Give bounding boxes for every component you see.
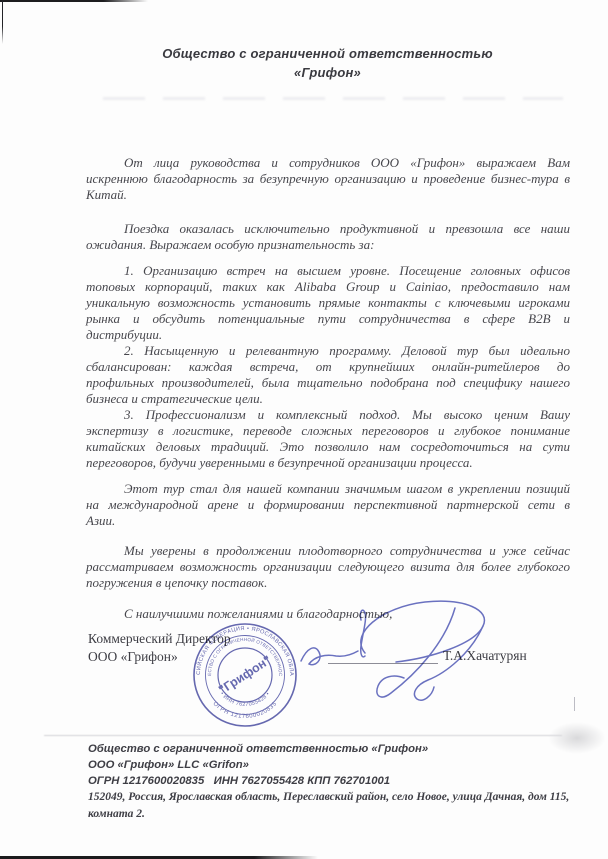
- text-line: профильных производителей, была тщательн…: [86, 375, 570, 391]
- scanned-letter-page: Общество с ограниченной ответственностью…: [0, 0, 608, 859]
- text-line: 2. Насыщенную и релевантную программу. Д…: [86, 343, 570, 359]
- footer-address-line1: 152049, Россия, Ярославская область, Пер…: [88, 789, 578, 806]
- text-line: 1. Организацию встреч на высшем уровне. …: [86, 263, 570, 279]
- paragraph-intro: От лица руководства и сотрудников ООО «Г…: [86, 155, 570, 203]
- scan-edge-left: [2, 0, 3, 44]
- text-line: рынка и обсудить потенциальные пути сотр…: [86, 311, 570, 327]
- text-line: Этот тур стал для нашей компании значимы…: [86, 481, 570, 497]
- list-item-1: 1. Организацию встреч на высшем уровне. …: [86, 263, 570, 343]
- text-line: на международной арене и формировании пе…: [86, 497, 570, 513]
- footer-company-name-en: ООО «Грифон» LLC «Grifon»: [88, 757, 578, 773]
- footer-ogrn-inn-kpp: ОГРН 1217600020835 ИНН 7627055428 КПП 76…: [88, 773, 578, 789]
- letterhead-title: Общество с ограниченной ответственностью…: [85, 44, 570, 82]
- list-item-3: 3. Профессионализм и комплексный подход.…: [86, 407, 570, 471]
- text-line: 3. Профессионализм и комплексный подход.…: [86, 407, 570, 423]
- letter-body: От лица руководства и сотрудников ООО «Г…: [86, 155, 570, 622]
- stamp-center-name: "Грифон": [216, 653, 274, 697]
- paragraph-expectations: Поездка оказалась исключительно продукти…: [86, 221, 570, 253]
- text-line: дистрибуции.: [86, 327, 570, 343]
- scan-tick-artifact: [574, 697, 575, 711]
- company-seal-stamp: РОССИЙСКАЯ ФЕДЕРАЦИЯ • ЯРОСЛАВСКАЯ ОБЛАС…: [193, 623, 297, 727]
- text-line: От лица руководства и сотрудников ООО «Г…: [86, 155, 570, 171]
- text-line: ожидания. Выражаем особую признательност…: [86, 237, 570, 253]
- text-line: погружения в цепочку поставок.: [86, 575, 570, 591]
- text-line: Поездка оказалась исключительно продукти…: [86, 221, 570, 237]
- signer-position-line2: ООО «Грифон»: [88, 649, 178, 665]
- footer-address-line2: комната 2.: [88, 806, 578, 823]
- list-item-2: 2. Насыщенную и релевантную программу. Д…: [86, 343, 570, 407]
- footer-divider: [44, 735, 562, 736]
- faded-text-artifact: [103, 97, 563, 100]
- signature-stroke-squiggle: [301, 648, 358, 665]
- text-line: сбалансирован: каждая встреча, от крупне…: [86, 359, 570, 375]
- text-line: Мы уверены в продолжении плодотворного с…: [86, 543, 570, 559]
- footer-requisites: Общество с ограниченной ответственностью…: [88, 741, 578, 822]
- paragraph-closing-2: Мы уверены в продолжении плодотворного с…: [86, 543, 570, 591]
- text-line: Азии.: [86, 513, 570, 529]
- text-line: искреннюю благодарность за безупречную о…: [86, 171, 570, 187]
- text-line: экспертизу в логистике, переводе сложных…: [86, 423, 570, 439]
- scan-edge-top: [0, 0, 148, 2]
- text-line: Китай.: [86, 187, 570, 203]
- text-line: китайских деловых традиций. Это позволил…: [86, 439, 570, 455]
- paragraph-closing-1: Этот тур стал для нашей компании значимы…: [86, 481, 570, 529]
- text-line: топовых корпораций, таких как Alibaba Gr…: [86, 279, 570, 295]
- signature-stroke-descender: [377, 608, 455, 697]
- scan-smudge-artifact: [548, 722, 606, 754]
- footer-company-name-ru: Общество с ограниченной ответственностью…: [88, 741, 578, 757]
- text-line: рассматриваем возможность организации сл…: [86, 559, 570, 575]
- letterhead-org-line1: Общество с ограниченной ответственностью: [85, 44, 570, 63]
- letterhead-org-line2: «Грифон»: [85, 63, 570, 82]
- text-line: бизнеса и стратегические цели.: [86, 391, 570, 407]
- text-line: переговоров, будучи уверенными в безупре…: [86, 455, 570, 471]
- text-line: уникальную возможность установить прямые…: [86, 295, 570, 311]
- handwritten-signature: [295, 598, 515, 713]
